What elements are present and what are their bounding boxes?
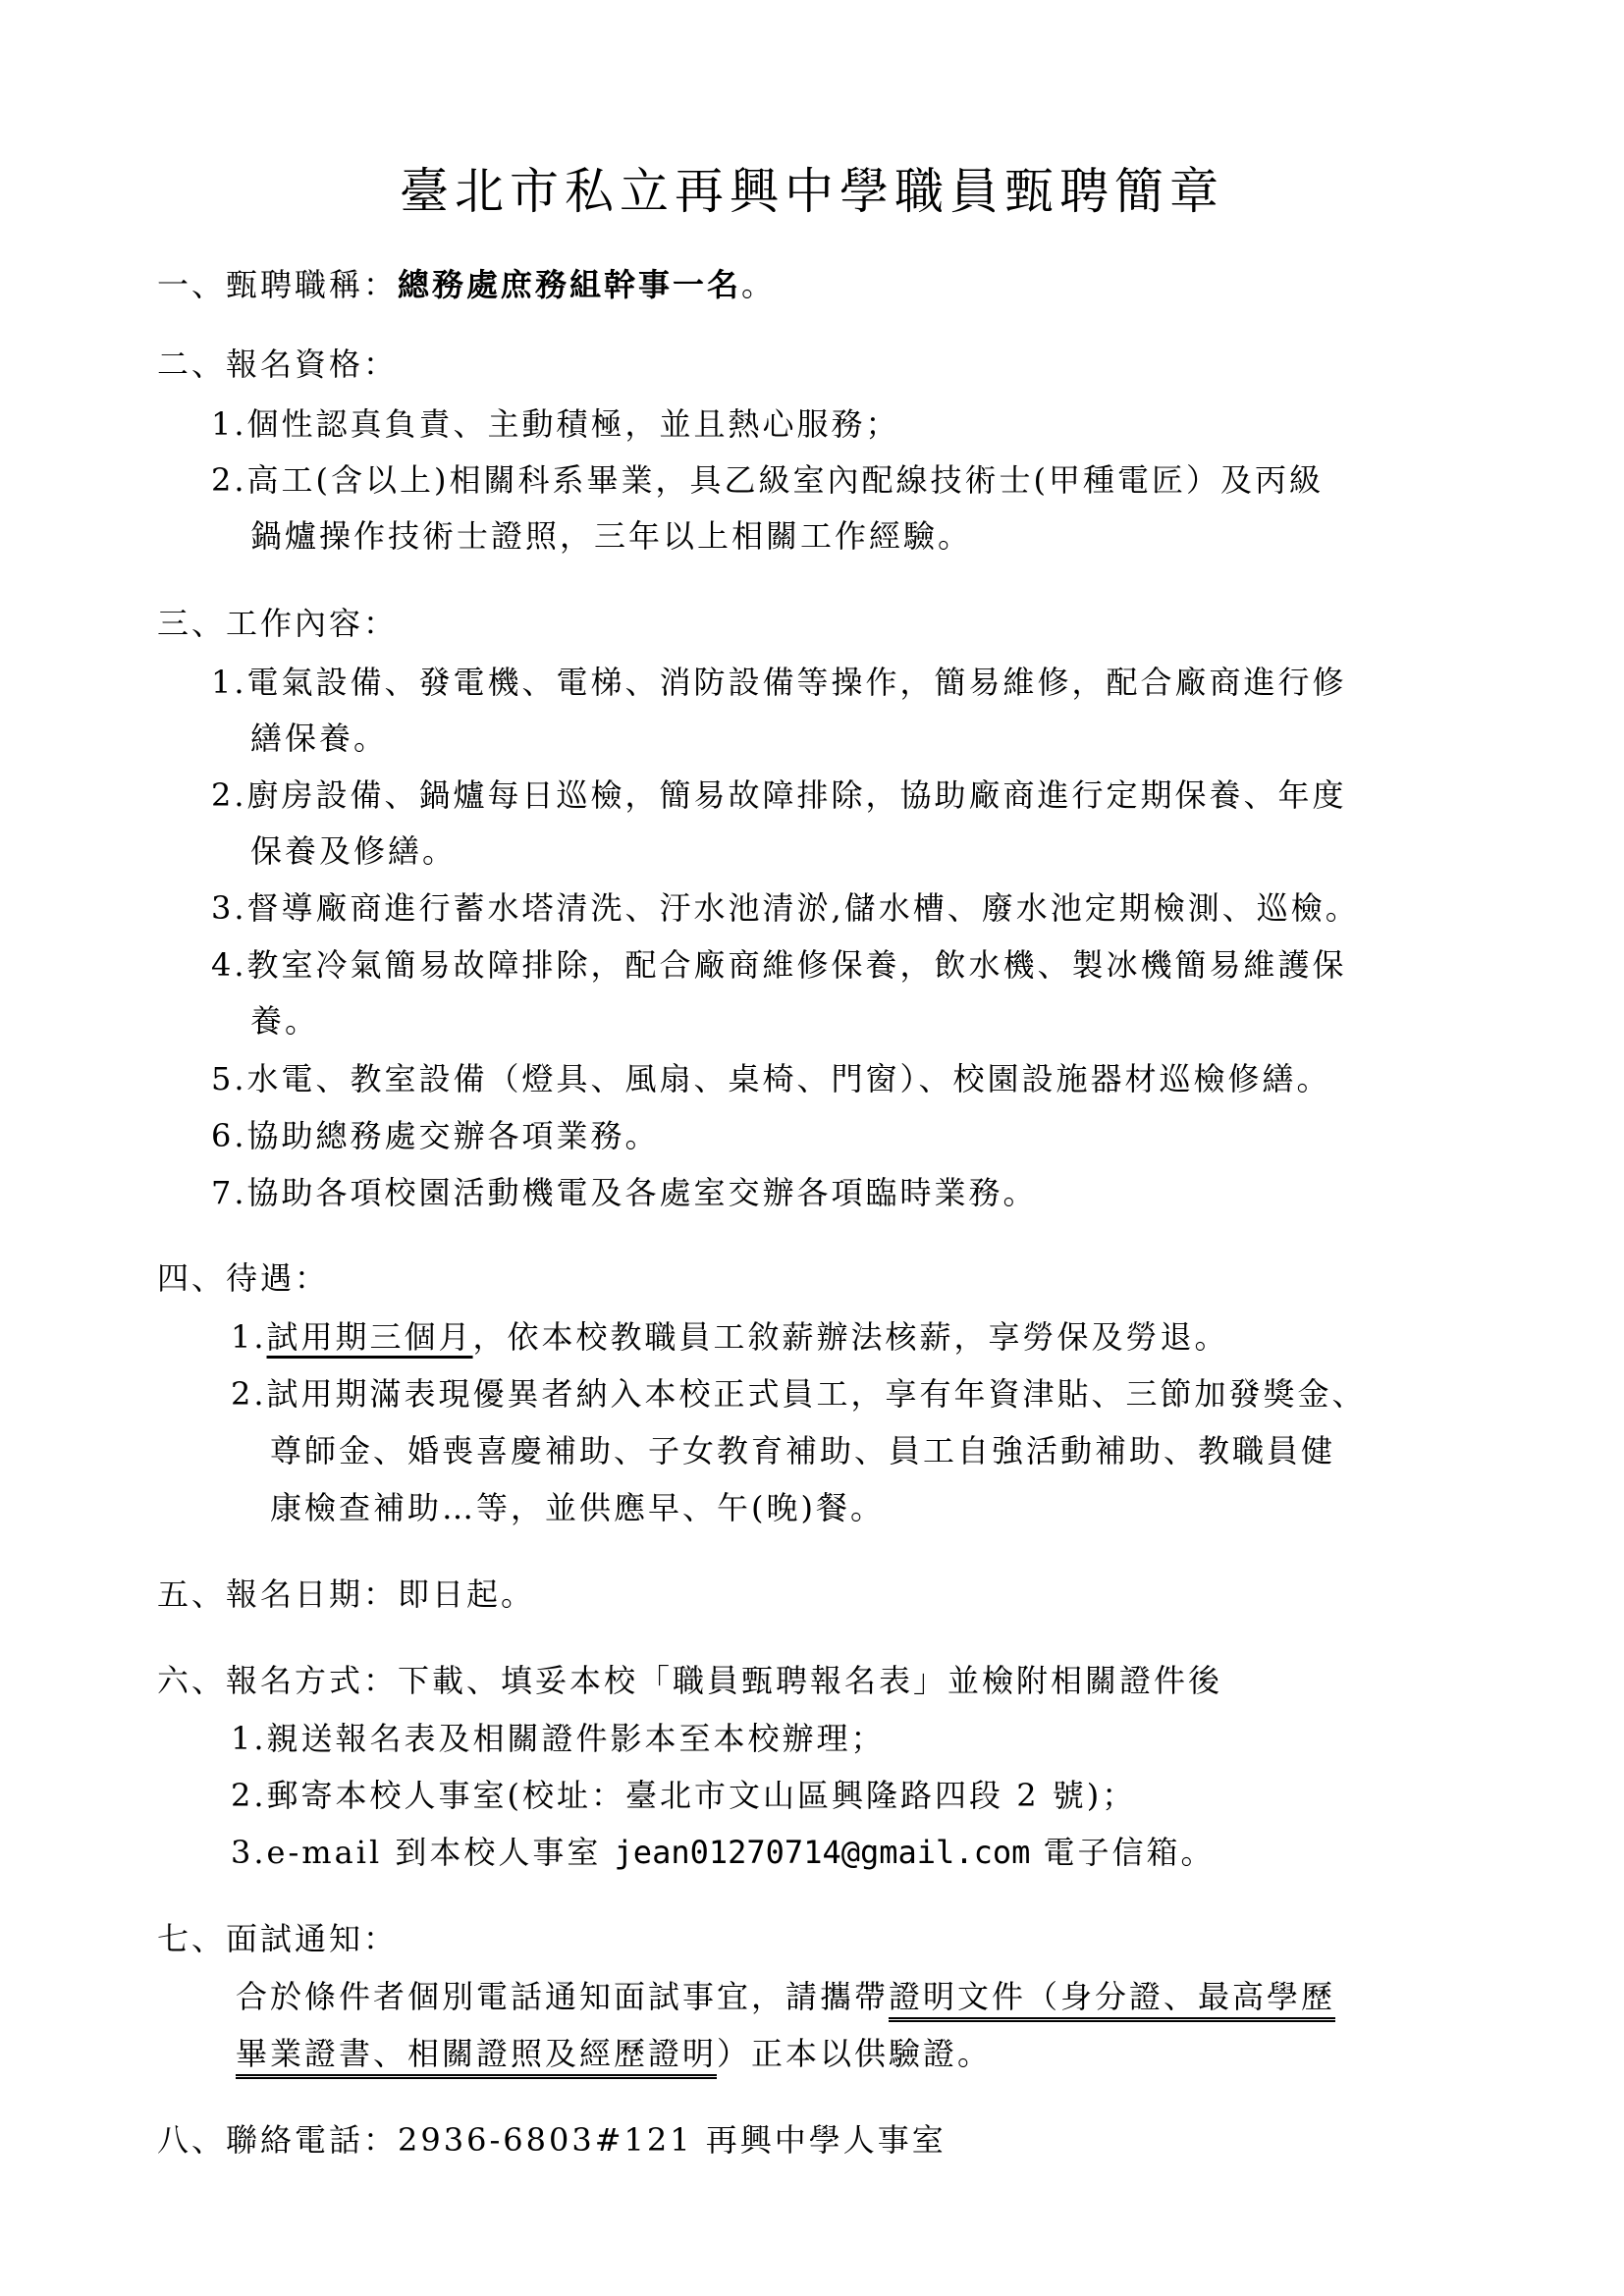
list-item: 1.親送報名表及相關證件影本至本校辦理； xyxy=(231,1717,886,1760)
section-heading-duties: 三、工作內容： xyxy=(157,602,398,645)
section-heading-interview: 七、面試通知： xyxy=(157,1917,398,1960)
list-item: 6.協助總務處交辦各項業務。 xyxy=(211,1114,660,1157)
page-title: 臺北市私立再興中學職員甄聘簡章 xyxy=(0,157,1624,226)
list-item-continuation: 養。 xyxy=(250,999,319,1042)
interview-paragraph-line: 合於條件者個別電話通知面試事宜，請攜帶證明文件（身分證、最高學歷 xyxy=(236,1975,1335,2018)
list-item: 2.郵寄本校人事室(校址：臺北市文山區興隆路四段 2 號)； xyxy=(231,1774,1136,1817)
section-application-date: 五、報名日期：即日起。 xyxy=(157,1573,535,1616)
list-item-continuation: 保養及修繕。 xyxy=(250,829,457,873)
list-item: 1.個性認真負責、主動積極，並且熱心服務； xyxy=(211,402,900,446)
section-contact-phone: 八、聯絡電話：2936-6803#121 再興中學人事室 xyxy=(157,2118,947,2162)
email-address[interactable]: jean01270714@gmail.com xyxy=(615,1834,1031,1871)
phone-number: 2936-6803#121 xyxy=(398,2121,693,2159)
section-heading: 五、報名日期： xyxy=(157,1575,398,1613)
list-item: 2.試用期滿表現優異者納入本校正式員工，享有年資津貼、三節加發獎金、 xyxy=(231,1372,1367,1415)
section-heading-benefits: 四、待遇： xyxy=(157,1256,329,1300)
list-item: 7.協助各項校園活動機電及各處室交辦各項臨時業務。 xyxy=(211,1171,1038,1214)
section-heading-qualifications: 二、報名資格： xyxy=(157,343,398,386)
section-heading: 六、報名方式： xyxy=(157,1662,398,1699)
list-item: 4.教室冷氣簡易故障排除，配合廠商維修保養，飲水機、製冰機簡易維護保 xyxy=(211,943,1347,987)
list-item: 1.電氣設備、發電機、電梯、消防設備等操作，簡易維修，配合廠商進行修 xyxy=(211,661,1347,704)
section-position-title: 一、甄聘職稱：總務處庶務組幹事一名。 xyxy=(157,263,776,306)
list-item-continuation: 鍋爐操作技術士證照，三年以上相關工作經驗。 xyxy=(250,514,972,558)
section-heading: 一、甄聘職稱： xyxy=(157,266,398,303)
required-documents-underlined: 畢業證書、相關證照及經歷證明 xyxy=(236,2035,717,2079)
document-page: 臺北市私立再興中學職員甄聘簡章 一、甄聘職稱：總務處庶務組幹事一名。 二、報名資… xyxy=(0,0,1624,2296)
interview-paragraph-line: 畢業證書、相關證照及經歷證明）正本以供驗證。 xyxy=(236,2032,992,2075)
position-name: 總務處庶務組幹事一名 xyxy=(398,266,741,303)
list-item: 5.水電、教室設備（燈具、風扇、桌椅、門窗）、校園設施器材巡檢修繕。 xyxy=(211,1057,1331,1100)
list-item: 3.督導廠商進行蓄水塔清洗、汙水池清淤,儲水槽、廢水池定期檢測、巡檢。 xyxy=(211,886,1360,930)
list-item: 3.e-mail 到本校人事室 jean01270714@gmail.com 電… xyxy=(231,1831,1216,1874)
list-item-continuation: 繕保養。 xyxy=(250,717,388,760)
list-item: 2.廚房設備、鍋爐每日巡檢，簡易故障排除，協助廠商進行定期保養、年度 xyxy=(211,774,1347,817)
list-item: 2.高工(含以上)相關科系畢業，具乙級室內配線技術士(甲種電匠）及丙級 xyxy=(211,458,1324,502)
probation-period-underlined: 試用期三個月 xyxy=(267,1318,473,1356)
section-application-method: 六、報名方式：下載、填妥本校「職員甄聘報名表」並檢附相關證件後 xyxy=(157,1659,1222,1702)
list-item-continuation: 尊師金、婚喪喜慶補助、子女教育補助、員工自強活動補助、教職員健 xyxy=(270,1429,1335,1472)
list-item: 1.試用期三個月，依本校教職員工敘薪辦法核薪，享勞保及勞退。 xyxy=(231,1315,1229,1359)
required-documents-underlined: 證明文件（身分證、最高學歷 xyxy=(889,1978,1335,2022)
section-heading: 八、聯絡電話： xyxy=(157,2121,398,2159)
list-item-continuation: 康檢查補助…等，並供應早、午(晚)餐。 xyxy=(270,1486,885,1529)
